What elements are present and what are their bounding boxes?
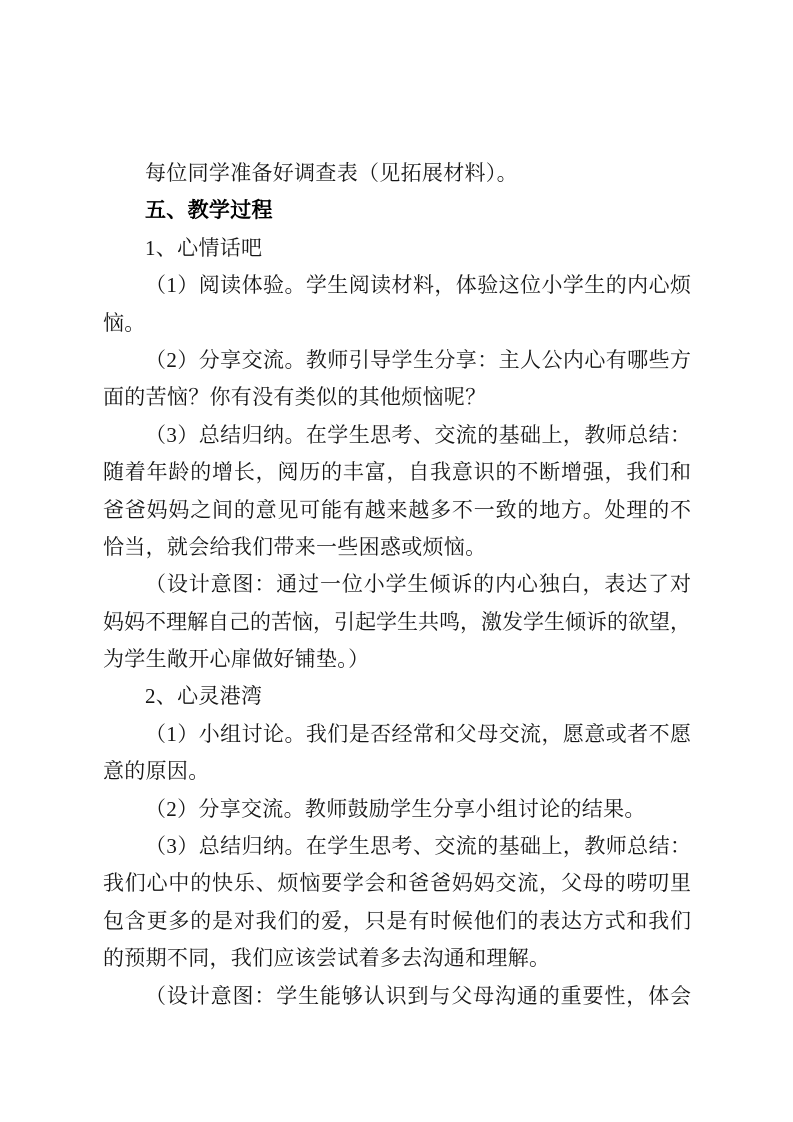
- text-line: 妈妈不理解自己的苦恼，引起学生共鸣，激发学生倾诉的欲望，: [103, 604, 691, 641]
- paragraph: （设计意图：通过一位小学生倾诉的内心独白，表达了对妈妈不理解自己的苦恼，引起学生…: [103, 566, 691, 678]
- text-line: 的预期不同，我们应该尝试着多去沟通和理解。: [103, 940, 691, 977]
- document-page: 每位同学准备好调查表（见拓展材料）。五、教学过程1、心情话吧（1）阅读体验。学生…: [0, 0, 793, 1122]
- document-body: 每位同学准备好调查表（见拓展材料）。五、教学过程1、心情话吧（1）阅读体验。学生…: [103, 155, 691, 1015]
- paragraph: （3）总结归纳。在学生思考、交流的基础上，教师总结：我们心中的快乐、烦恼要学会和…: [103, 828, 691, 978]
- paragraph: 2、心灵港湾: [103, 678, 691, 715]
- text-line: （2）分享交流。教师引导学生分享：主人公内心有哪些方: [103, 342, 691, 379]
- paragraph: （2）分享交流。教师鼓励学生分享小组讨论的结果。: [103, 791, 691, 828]
- paragraph: 1、心情话吧: [103, 230, 691, 267]
- text-line: 我们心中的快乐、烦恼要学会和爸爸妈妈交流，父母的唠叨里: [103, 865, 691, 902]
- text-line: 恼。: [103, 305, 691, 342]
- text-line: 五、教学过程: [103, 192, 691, 229]
- text-line: 恰当，就会给我们带来一些困惑或烦恼。: [103, 529, 691, 566]
- text-line: 爸爸妈妈之间的意见可能有越来越多不一致的地方。处理的不: [103, 492, 691, 529]
- text-line: 包含更多的是对我们的爱，只是有时候他们的表达方式和我们: [103, 903, 691, 940]
- text-line: 每位同学准备好调查表（见拓展材料）。: [103, 155, 691, 192]
- text-line: 2、心灵港湾: [103, 678, 691, 715]
- paragraph: （2）分享交流。教师引导学生分享：主人公内心有哪些方面的苦恼？你有没有类似的其他…: [103, 342, 691, 417]
- text-line: （3）总结归纳。在学生思考、交流的基础上，教师总结：: [103, 828, 691, 865]
- section-heading: 五、教学过程: [103, 192, 691, 229]
- text-line: 为学生敞开心扉做好铺垫。）: [103, 641, 691, 678]
- text-line: （1）阅读体验。学生阅读材料，体验这位小学生的内心烦: [103, 267, 691, 304]
- text-line: （设计意图：通过一位小学生倾诉的内心独白，表达了对: [103, 566, 691, 603]
- paragraph: （3）总结归纳。在学生思考、交流的基础上，教师总结：随着年龄的增长，阅历的丰富，…: [103, 417, 691, 567]
- paragraph: 每位同学准备好调查表（见拓展材料）。: [103, 155, 691, 192]
- paragraph: （1）阅读体验。学生阅读材料，体验这位小学生的内心烦恼。: [103, 267, 691, 342]
- text-line: （3）总结归纳。在学生思考、交流的基础上，教师总结：: [103, 417, 691, 454]
- text-line: 面的苦恼？你有没有类似的其他烦恼呢？: [103, 379, 691, 416]
- paragraph: （设计意图：学生能够认识到与父母沟通的重要性，体会: [103, 978, 691, 1015]
- text-line: （设计意图：学生能够认识到与父母沟通的重要性，体会: [103, 978, 691, 1015]
- text-line: 意的原因。: [103, 753, 691, 790]
- paragraph: （1）小组讨论。我们是否经常和父母交流，愿意或者不愿意的原因。: [103, 716, 691, 791]
- text-line: 1、心情话吧: [103, 230, 691, 267]
- text-line: （2）分享交流。教师鼓励学生分享小组讨论的结果。: [103, 791, 691, 828]
- text-line: 随着年龄的增长，阅历的丰富，自我意识的不断增强，我们和: [103, 454, 691, 491]
- text-line: （1）小组讨论。我们是否经常和父母交流，愿意或者不愿: [103, 716, 691, 753]
